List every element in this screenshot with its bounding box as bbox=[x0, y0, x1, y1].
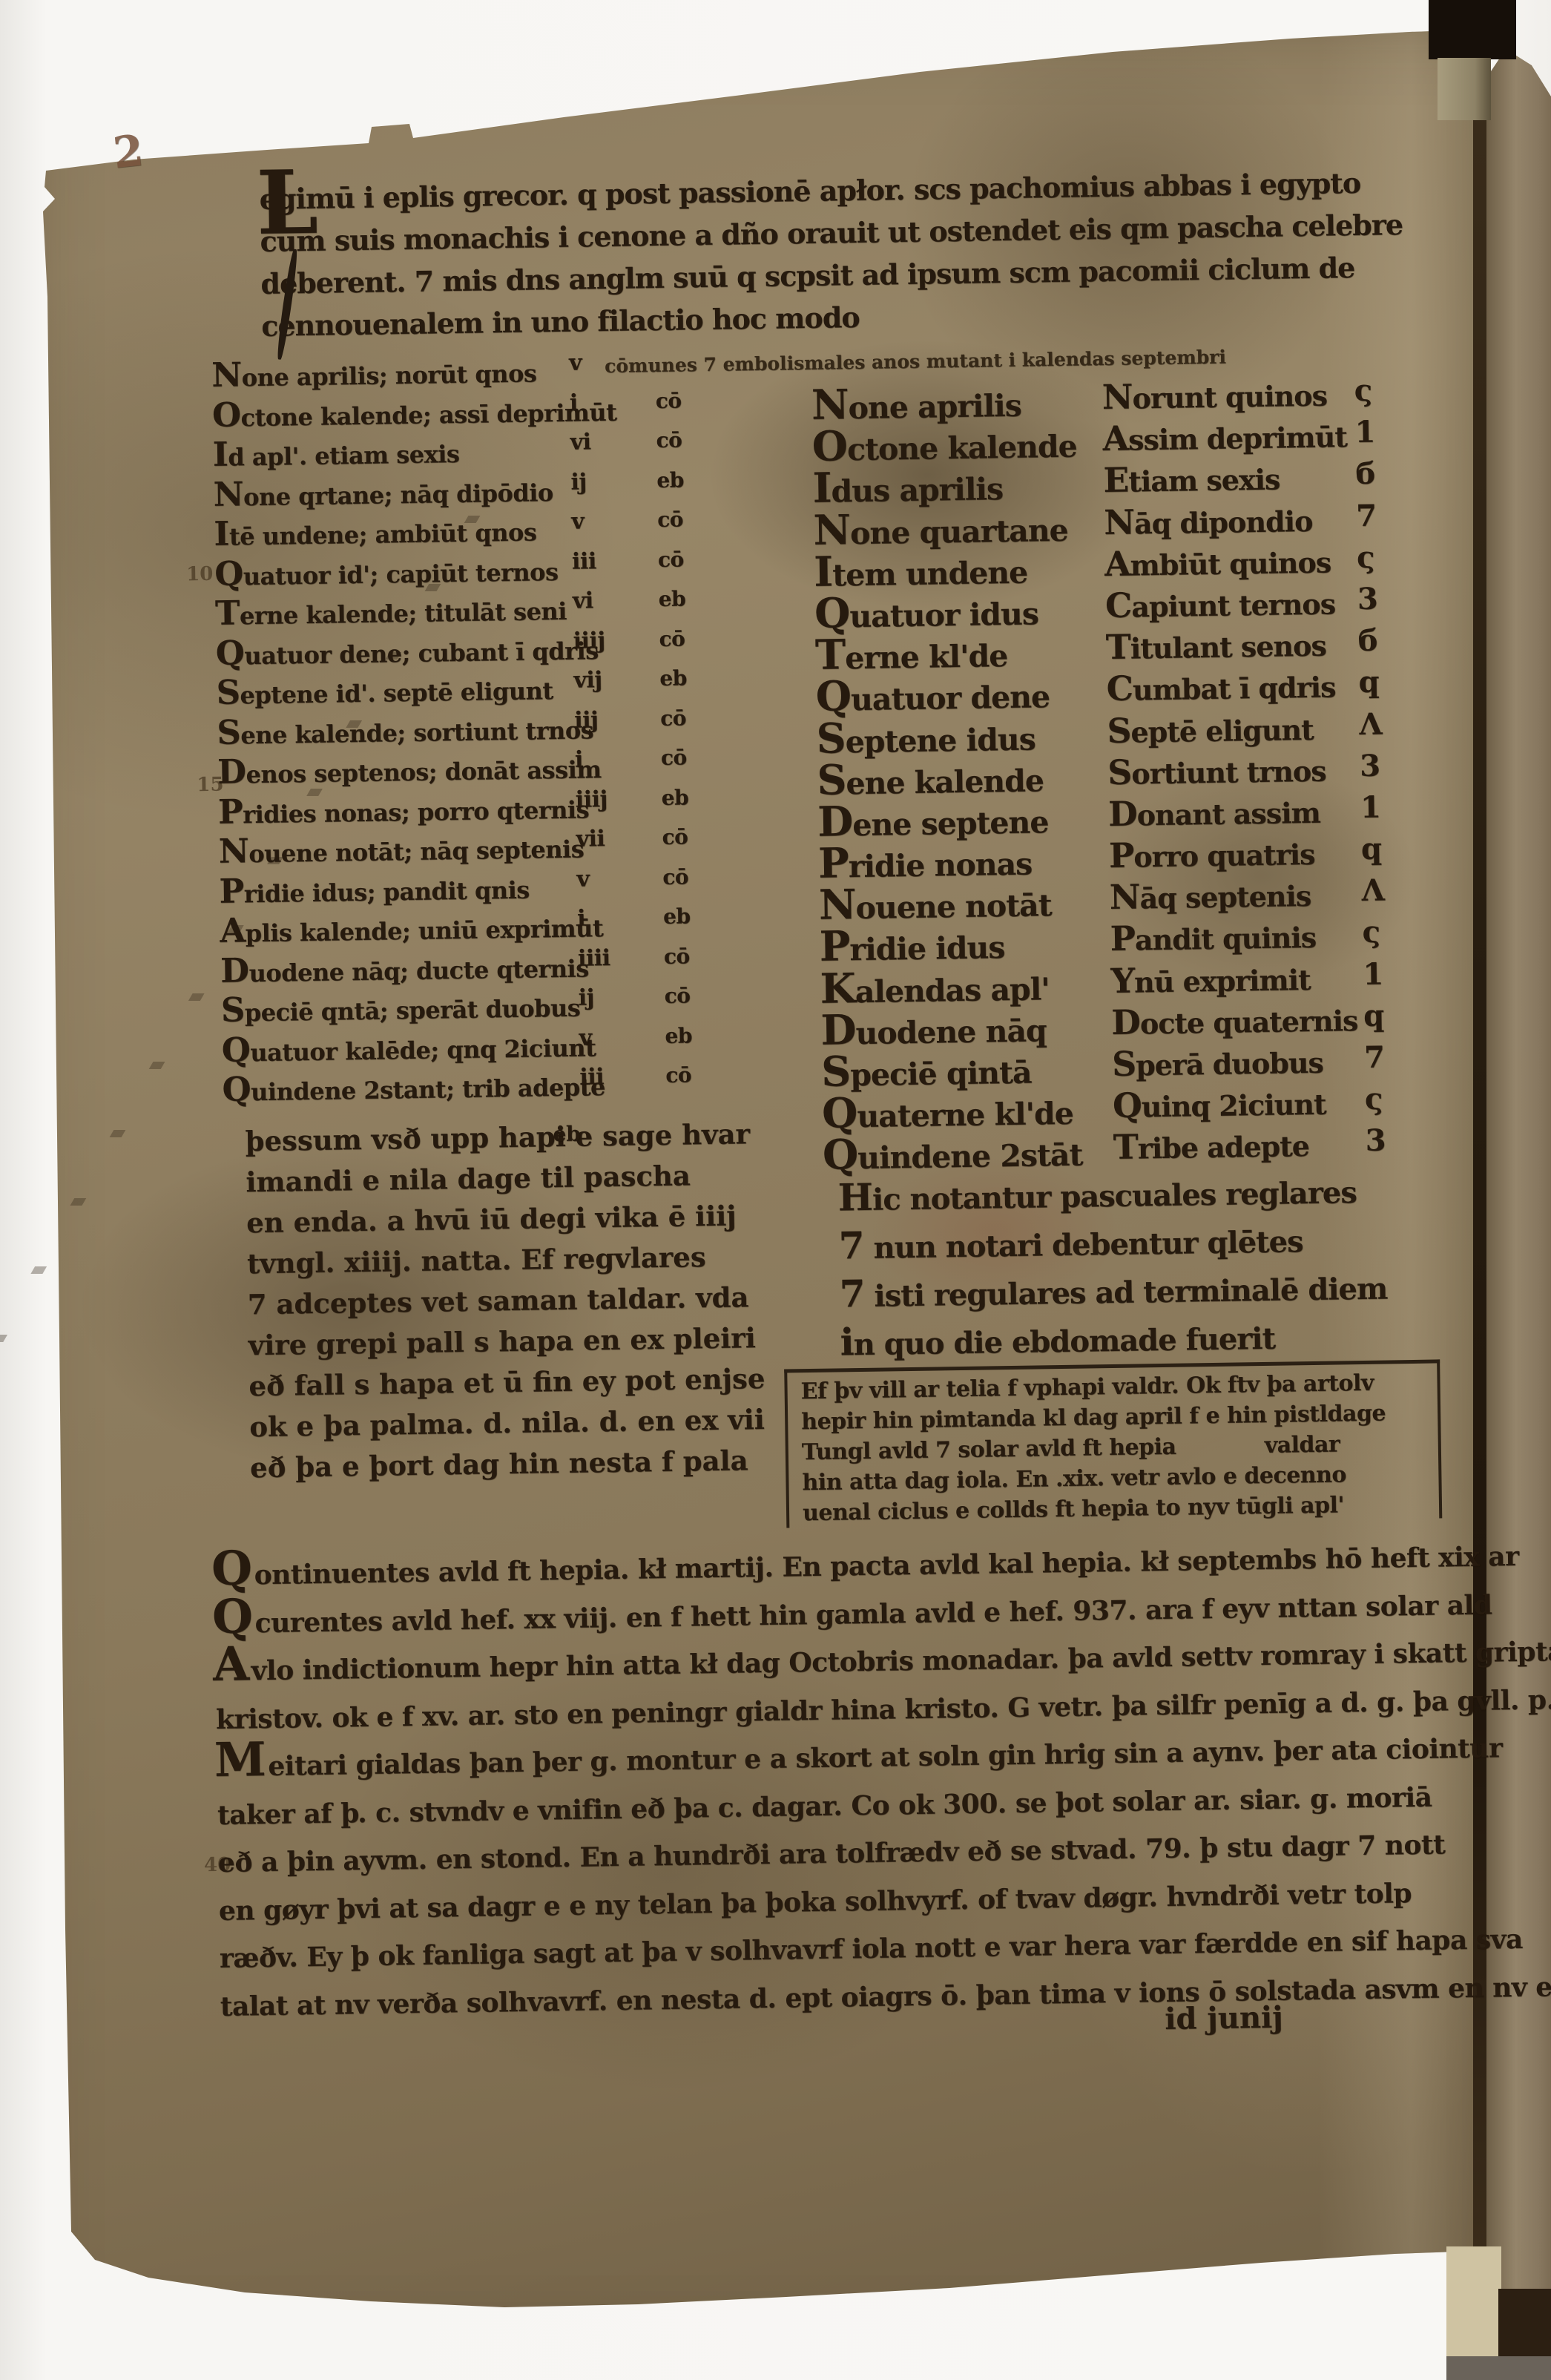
verse-text: Quatuor kalēde; qnq 2iciunt bbox=[221, 1025, 576, 1069]
epact-roman-numeral: vi bbox=[573, 587, 637, 614]
verse-text: Quatuor dene; cubant ī qdris bbox=[215, 628, 570, 672]
year-type-abbrev: cō bbox=[662, 824, 714, 849]
year-type-abbrev: cō bbox=[658, 546, 710, 571]
epact-clause: Quinq 2iciunt bbox=[1113, 1082, 1358, 1125]
year-type-abbrev: cō bbox=[664, 943, 716, 968]
epact-clause: Assim deprimūt bbox=[1102, 415, 1348, 458]
computus-table-right: None aprilis Norunt quinos ς Octone kale… bbox=[811, 372, 1423, 1173]
epact-arabic-numeral: б bbox=[1357, 622, 1410, 658]
verse-text: Duodene nāq; ducte qternis bbox=[220, 945, 576, 990]
epact-roman-numeral: iiij bbox=[573, 627, 637, 654]
line-initial bbox=[216, 1876, 217, 1930]
verse-text: Aplis kalende; uniū exprimūt bbox=[220, 906, 575, 950]
year-type-abbrev: cō bbox=[661, 745, 713, 770]
year-type-abbrev: eb bbox=[662, 784, 714, 809]
page-content: 2 10 15 40 L egimū i eplis grecor. q pos… bbox=[0, 0, 1551, 2380]
epact-clause: Nāq dipondio bbox=[1104, 499, 1349, 542]
epact-arabic-numeral: 1 bbox=[1363, 956, 1415, 992]
epact-roman-numeral: iii bbox=[572, 548, 636, 574]
line-text: talat at nv verða solhvavrf. en nesta d.… bbox=[220, 1971, 1551, 2022]
epact-arabic-numeral: Λ bbox=[1359, 706, 1412, 741]
year-type-abbrev: cō bbox=[657, 507, 709, 532]
boxed-note: Ef þv vill ar telia f vphapi valdr. Ok f… bbox=[784, 1359, 1442, 1528]
line-initial bbox=[217, 1971, 218, 2026]
epact-clause: Titulant senos bbox=[1105, 623, 1351, 667]
note-line: Hic notantur pascuales reglares bbox=[837, 1167, 1432, 1224]
table-row: Quindene 2stāt Tribe adepte 3 bbox=[822, 1122, 1423, 1173]
verse-text: None aprilis; norūt qnos bbox=[211, 350, 567, 395]
year-type-abbrev: eb bbox=[553, 1122, 581, 1147]
verse-text: Speciē qntā; sperāt duobus bbox=[221, 985, 576, 1030]
left-note-lines: þessum vsð upp hapi e sage hvarimandi e … bbox=[245, 1117, 814, 1492]
incipit-lines: egimū i eplis grecor. q post passionē ap… bbox=[259, 162, 1359, 347]
epact-arabic-numeral: 1 bbox=[1354, 414, 1407, 450]
epact-roman-numeral: v bbox=[569, 349, 633, 375]
epact-roman-numeral: vij bbox=[573, 666, 638, 693]
epact-roman-numeral: i bbox=[570, 389, 634, 415]
line-initial: Q bbox=[211, 1540, 252, 1596]
epact-clause: Nāq septenis bbox=[1109, 873, 1354, 917]
right-latin-note: Hic notantur pascuales reglares7 nun not… bbox=[837, 1167, 1434, 1369]
verse-text: Nouene notāt; nāq septenis bbox=[218, 826, 573, 871]
note-line: 7 isti regulares ad terminalē diem bbox=[839, 1263, 1433, 1321]
epact-arabic-numeral: ς bbox=[1354, 372, 1406, 408]
year-type-abbrev: eb bbox=[659, 586, 711, 611]
epact-roman-numeral: iiij bbox=[576, 786, 640, 812]
verse-text: Pridies nonas; porro qternis bbox=[218, 786, 573, 831]
epact-clause: Porro quatris bbox=[1109, 832, 1354, 875]
epact-roman-numeral: iii bbox=[579, 1063, 644, 1090]
verse-text: Pridie idus; pandit qnis bbox=[219, 866, 574, 910]
epact-arabic-numeral: ς bbox=[1362, 914, 1415, 950]
epact-clause: Donant assim bbox=[1108, 790, 1354, 834]
epact-arabic-numeral: 3 bbox=[1357, 581, 1410, 617]
epact-clause: Sortiunt trnos bbox=[1107, 749, 1353, 792]
note-line: 7 nun notari debentur qlētes bbox=[838, 1215, 1432, 1272]
year-type-abbrev: cō bbox=[656, 387, 708, 412]
computus-table-left: None aprilis; norūt qnos v Octone kalend… bbox=[211, 348, 727, 1109]
epact-roman-numeral: v bbox=[571, 507, 636, 534]
verse-text: Terne kalende; titulāt seni bbox=[215, 588, 570, 633]
line-initial: M bbox=[214, 1732, 266, 1787]
bottom-paragraph: Qontinuentes avld ft hepia. kł martij. E… bbox=[211, 1523, 1442, 2019]
epact-arabic-numeral: 3 bbox=[1360, 748, 1412, 783]
epact-arabic-numeral: Λ bbox=[1361, 872, 1414, 908]
note-line: eð þa e þort dag hin nesta f pala bbox=[250, 1443, 814, 1492]
year-type-abbrev: cō bbox=[659, 625, 711, 651]
year-type-abbrev: cō bbox=[664, 983, 716, 1008]
epact-roman-numeral: v bbox=[576, 865, 641, 892]
epact-clause: Capiunt ternos bbox=[1105, 582, 1351, 625]
epact-roman-numeral: ij bbox=[570, 468, 635, 495]
epact-arabic-numeral: 1 bbox=[1360, 789, 1413, 825]
year-type-abbrev: cō bbox=[660, 705, 712, 730]
verse-text: Sene kalende; sortiunt trnos bbox=[217, 707, 572, 752]
line-initial bbox=[215, 1828, 216, 1883]
epact-arabic-numeral: 7 bbox=[1364, 1039, 1417, 1075]
epact-arabic-numeral: 7 bbox=[1356, 498, 1409, 533]
line-initial bbox=[214, 1780, 215, 1835]
epact-roman-numeral: vii bbox=[576, 825, 640, 852]
epact-arabic-numeral: 3 bbox=[1365, 1122, 1417, 1158]
left-vernacular-note: eb þessum vsð upp hapi e sage hvarimandi… bbox=[245, 1117, 814, 1492]
year-type-abbrev: cō bbox=[665, 1062, 717, 1088]
year-type-abbrev: cō bbox=[662, 864, 714, 889]
manuscript-photo: { "page": { "background_hex": "#f7f6f3",… bbox=[0, 0, 1551, 2380]
epact-clause: Norunt quinos bbox=[1101, 373, 1347, 417]
epact-clause: Pandit quinis bbox=[1110, 915, 1355, 959]
drop-cap-initial: L bbox=[256, 165, 317, 240]
dateline: id junij bbox=[1165, 2000, 1283, 2037]
epact-roman-numeral: iij bbox=[574, 706, 639, 733]
year-type-abbrev bbox=[655, 348, 707, 349]
epact-roman-numeral: v bbox=[579, 1024, 643, 1051]
epact-arabic-numeral: q bbox=[1358, 664, 1411, 700]
verse-text: None qrtane; nāq dipōdio bbox=[213, 469, 568, 513]
epact-roman-numeral: iiii bbox=[578, 944, 642, 971]
epact-arabic-numeral: ς bbox=[1357, 539, 1409, 575]
epact-roman-numeral: i bbox=[575, 746, 639, 772]
epact-arabic-numeral: q bbox=[1363, 998, 1416, 1033]
epact-clause: Septē eligunt bbox=[1107, 707, 1352, 751]
year-type-abbrev: cō bbox=[656, 427, 708, 453]
epact-arabic-numeral: q bbox=[1361, 831, 1414, 867]
epact-clause: Docte quaternis bbox=[1111, 999, 1357, 1042]
line-initial bbox=[217, 1924, 217, 1979]
line-initial: A bbox=[212, 1636, 248, 1692]
verse-text: Septene id'. septē eligunt bbox=[216, 668, 571, 712]
epact-clause: Etiam sexis bbox=[1103, 457, 1349, 501]
verse-text: Quindene 2stant; trib adepte bbox=[222, 1065, 577, 1109]
incipit-paragraph: L egimū i eplis grecor. q post passionē … bbox=[259, 162, 1359, 347]
verse-text: Octone kalende; assī deprimūt bbox=[212, 389, 567, 434]
folio-number: 2 bbox=[111, 125, 145, 179]
epact-clause: Cumbat ī qdris bbox=[1106, 665, 1351, 709]
year-type-abbrev: eb bbox=[663, 904, 715, 929]
epact-roman-numeral: ij bbox=[578, 984, 642, 1010]
epact-clause: Ynū exprimit bbox=[1110, 957, 1356, 1001]
year-type-abbrev: eb bbox=[656, 467, 708, 492]
epact-clause: Ambiūt quinos bbox=[1104, 540, 1350, 584]
table-row: Quindene 2stant; trib adepte iii cō bbox=[222, 1062, 727, 1110]
year-type-abbrev: eb bbox=[659, 665, 711, 691]
epact-arabic-numeral: б bbox=[1355, 456, 1408, 491]
verse-text: Quatuor id'; capiūt ternos bbox=[214, 548, 570, 593]
note-line: in quo die ebdomade fuerit bbox=[840, 1312, 1434, 1369]
epact-roman-numeral: i bbox=[577, 904, 642, 931]
epact-arabic-numeral: ς bbox=[1365, 1081, 1417, 1117]
verse-text: Id apl'. etiam sexis bbox=[212, 430, 567, 474]
year-type-abbrev: eb bbox=[665, 1022, 717, 1048]
epact-clause: Sperā duobus bbox=[1112, 1040, 1357, 1084]
epact-clause: Tribe adepte bbox=[1113, 1123, 1358, 1167]
verse-text: Denos septenos; donāt assim bbox=[217, 747, 573, 792]
line-initial bbox=[213, 1685, 214, 1740]
epact-roman-numeral: vi bbox=[570, 428, 634, 455]
margin-line-number-10: 10 bbox=[186, 563, 214, 586]
verse-text: Itē undene; ambiūt qnos bbox=[214, 509, 569, 553]
line-initial: Q bbox=[212, 1588, 253, 1644]
